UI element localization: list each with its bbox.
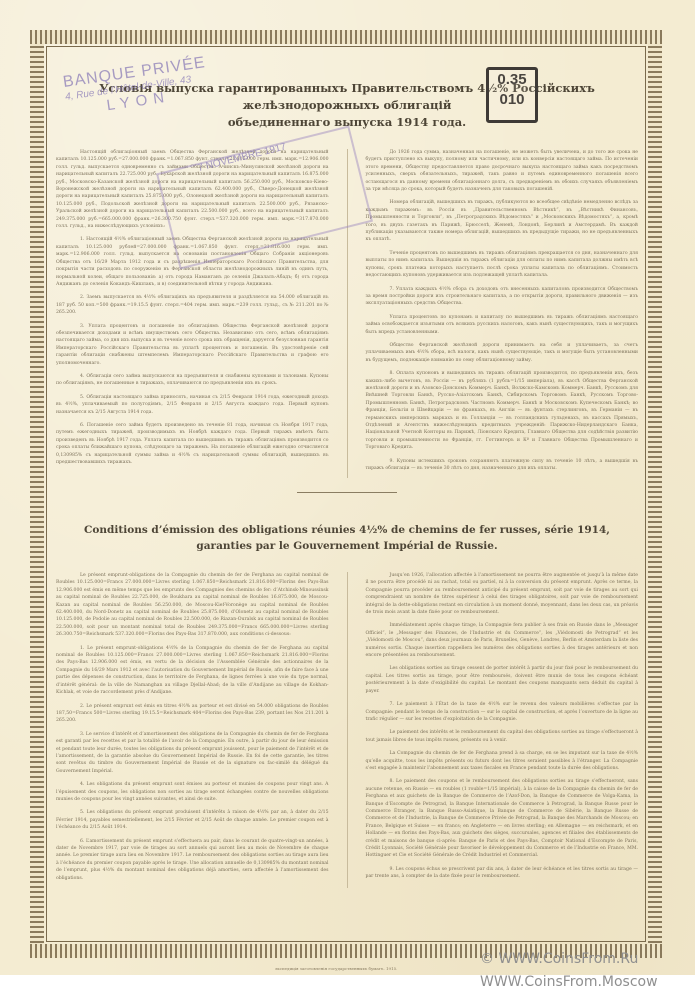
code-stamp: 0.35 010 <box>486 67 538 123</box>
paragraph: 9. Les coupons échus se prescrivent par … <box>366 866 639 881</box>
column-divider <box>347 572 348 888</box>
paragraph: Les obligations sorties au tirage cessen… <box>366 665 639 695</box>
paragraph: 3. Le service d’intérêt et d’amortisseme… <box>56 731 329 775</box>
paragraph: 3. Уплата процентовъ и погашеніе по обли… <box>56 323 329 367</box>
russian-column-right: До 1926 года сумма, назначенная на погаш… <box>366 149 639 478</box>
paragraph: 4. Les obligations du présent emprunt so… <box>56 781 329 803</box>
french-section: Conditions d’émission des obligations ré… <box>56 522 638 888</box>
french-title-line1: Conditions d’émission des obligations ré… <box>84 524 610 536</box>
french-columns: Le présent emprunt-obligations de la Com… <box>56 572 638 888</box>
french-title-line2: garanties par le Gouvernement Impérial d… <box>196 540 497 552</box>
printer-note: экспедиція заготовленія государственныхъ… <box>275 966 397 971</box>
paragraph: 6. L’amortissement du présent emprunt s’… <box>56 838 329 882</box>
french-column-right: Jusqu’en 1926, l’allocation affectée à l… <box>366 572 639 888</box>
watermark-line2: WWW.CoinsFrom.Moscow <box>480 974 658 990</box>
paragraph: 1. Le présent emprunt-obligations 4½% de… <box>56 645 329 697</box>
paragraph: Теченіе процентовъ по вышедшимъ въ тираж… <box>366 250 639 280</box>
code-stamp-bottom: 010 <box>489 90 535 110</box>
paragraph: Уплата процентовъ по купонамъ и капиталу… <box>366 314 639 336</box>
paragraph: Jusqu’en 1926, l’allocation affectée à l… <box>366 572 639 616</box>
bond-sheet: Условія выпуска гарантированныхъ Правите… <box>0 0 695 975</box>
french-column-left: Le présent emprunt-obligations de la Com… <box>56 572 329 888</box>
paragraph: 8. Le paiement des coupons et le rembour… <box>366 778 639 859</box>
paragraph: 2. Le présent emprunt est émis en titres… <box>56 703 329 725</box>
paragraph: Le présent emprunt-obligations de la Com… <box>56 572 329 639</box>
paragraph: Номера облигацій, вышедшихъ въ тиражъ, п… <box>366 199 639 243</box>
paragraph: 8. Оплата купоновъ и вышедшихъ въ тиражъ… <box>366 370 639 451</box>
paragraph: 7. Le paiement à l’État de la taxe de 4½… <box>366 701 639 723</box>
french-title: Conditions d’émission des obligations ré… <box>56 522 638 554</box>
paragraph: Общество Ферганской желѣзной дороги прин… <box>366 342 639 364</box>
section-divider <box>297 492 397 493</box>
paragraph: 9. Купоны истекшихъ сроковъ сохраняютъ п… <box>366 458 639 473</box>
watermark-line1: © WWW.CoinsFrom.Ru <box>480 951 638 967</box>
paragraph: 7. Уплата каждыхъ 4½% сбора съ доходовъ … <box>366 286 639 308</box>
paragraph: Immédiatement après chaque tirage, la Co… <box>366 622 639 659</box>
paragraph: Le paiement des intérêts et le rembourse… <box>366 729 639 744</box>
code-stamp-top: 0.35 <box>489 70 535 90</box>
paragraph: До 1926 года сумма, назначенная на погаш… <box>366 149 639 193</box>
paragraph: 6. Погашеніе сего займа будетъ произведе… <box>56 422 329 466</box>
paragraph: 5. Облигаціи настоящаго займа приносятъ,… <box>56 394 329 416</box>
paragraph: 5. Les obligations du présent emprunt pr… <box>56 809 329 831</box>
paragraph: 2. Заемъ выпускается въ 4½% облигаціяхъ … <box>56 294 329 316</box>
paragraph: La Compagnie du chemin de fer de Ferghan… <box>366 750 639 772</box>
paragraph: 4. Облигаціи сего займа выпускаются на п… <box>56 373 329 388</box>
